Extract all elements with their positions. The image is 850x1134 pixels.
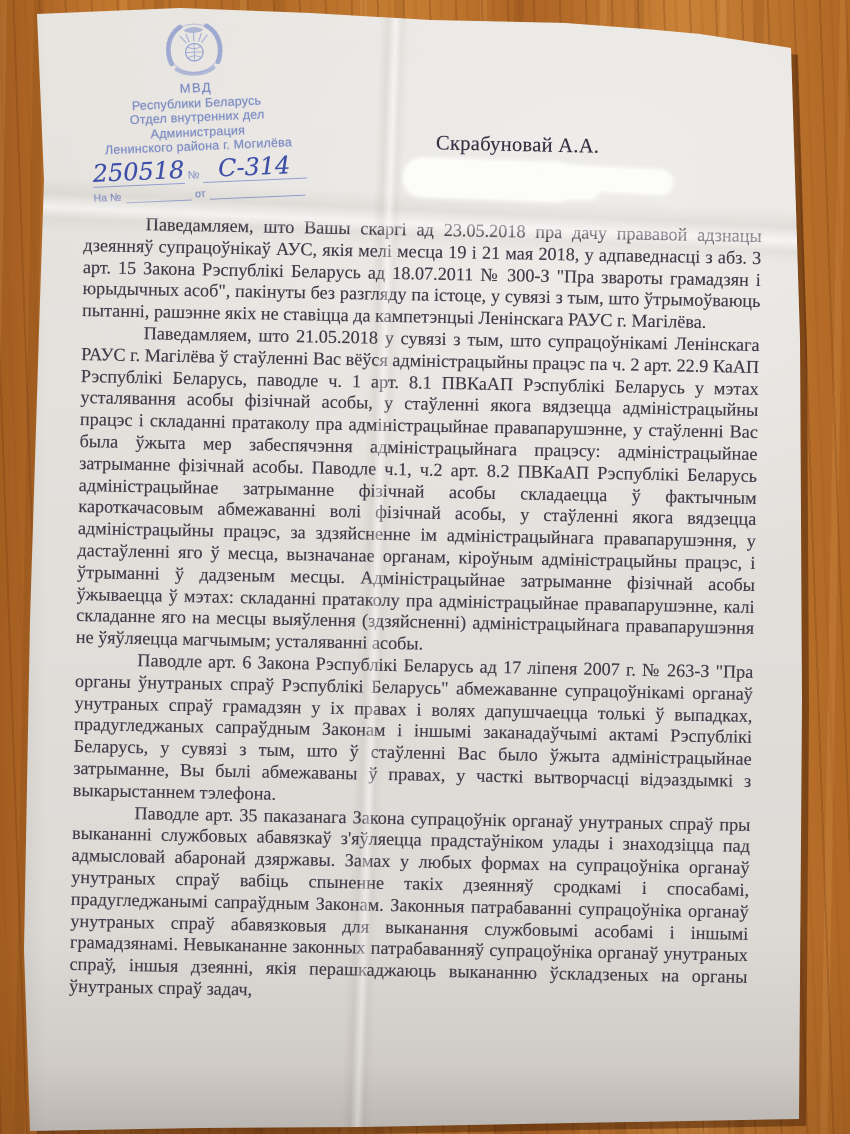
stamp-ref-from-label: от	[195, 187, 206, 199]
letter-body: Паведамляем, што Вашы скаргі ад 23.05.20…	[69, 213, 762, 1011]
addressee-name: Скрабуновай А.А.	[436, 132, 600, 158]
stamp-ref-from-underline	[209, 183, 305, 199]
letter-paragraph: Паводле арт. 6 Закона Рэспублікі Беларус…	[73, 649, 754, 815]
letter-paragraph: Паведамляем, што Вашы скаргі ад 23.05.20…	[82, 213, 762, 335]
stamp-number-row: 250518 № С-314	[92, 152, 307, 187]
letterhead-stamp: МВД Республики Беларусь Отдел внутренних…	[86, 15, 308, 205]
stamp-ref-label: На №	[93, 191, 121, 204]
stamp-ref-underline	[125, 188, 191, 203]
letter-paper: МВД Республики Беларусь Отдел внутренних…	[0, 0, 850, 1134]
letter-paragraph: Паводле арт. 35 паказанага Закона супрац…	[69, 801, 751, 1010]
stamp-date-handwritten: 250518	[92, 155, 185, 187]
stamp-number-handwritten: С-314	[217, 151, 290, 182]
belarus-emblem-icon	[156, 18, 233, 81]
stamp-number-sign: №	[187, 168, 199, 183]
stamp-reference-row: На № от	[93, 183, 307, 204]
photo-scene-wood-table: МВД Республики Беларусь Отдел внутренних…	[0, 0, 850, 1134]
letter-paragraph: Паведамляем, што 21.05.2018 у сувязі з т…	[76, 322, 760, 662]
